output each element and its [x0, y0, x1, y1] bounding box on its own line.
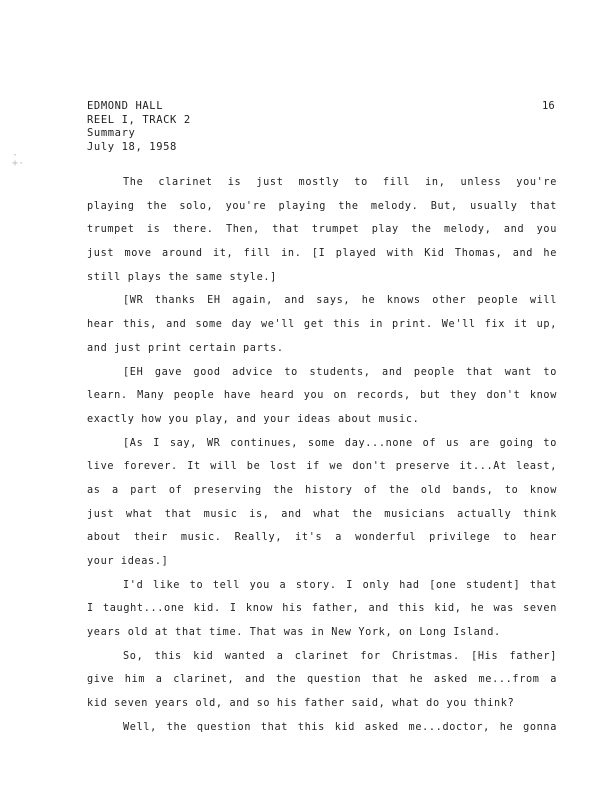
transcript-line: give him a clarinet, and the question th… [87, 673, 557, 697]
transcript-body: The clarinet is just mostly to fill in, … [87, 176, 557, 745]
header-interviewee: EDMOND HALL [87, 100, 191, 114]
transcript-line: and just print certain parts. [87, 342, 557, 366]
transcript-line: about their music. Really, it's a wonder… [87, 531, 557, 555]
transcript-line: [EH gave good advice to students, and pe… [87, 366, 557, 390]
document-page: ·+· EDMOND HALL REEL I, TRACK 2 Summary … [0, 0, 612, 792]
transcript-header: EDMOND HALL REEL I, TRACK 2 Summary July… [87, 100, 191, 154]
transcript-line: kid seven years old, and so his father s… [87, 697, 557, 721]
transcript-line: live forever. It will be lost if we don'… [87, 460, 557, 484]
transcript-line: [WR thanks EH again, and says, he knows … [87, 294, 557, 318]
transcript-line: playing the solo, you're playing the mel… [87, 200, 557, 224]
transcript-line: just what that music is, and what the mu… [87, 508, 557, 532]
header-date: July 18, 1958 [87, 141, 191, 155]
transcript-line: just move around it, fill in. [I played … [87, 247, 557, 271]
transcript-line: The clarinet is just mostly to fill in, … [87, 176, 557, 200]
transcript-line: Well, the question that this kid asked m… [87, 721, 557, 745]
transcript-line: exactly how you play, and your ideas abo… [87, 413, 557, 437]
transcript-line: learn. Many people have heard you on rec… [87, 389, 557, 413]
margin-speck-mark: ·+· [12, 152, 28, 168]
transcript-line: trumpet is there. Then, that trumpet pla… [87, 223, 557, 247]
transcript-line: years old at that time. That was in New … [87, 626, 557, 650]
transcript-line: as a part of preserving the history of t… [87, 484, 557, 508]
transcript-line: still plays the same style.] [87, 271, 557, 295]
transcript-line: I taught...one kid. I know his father, a… [87, 602, 557, 626]
header-doc-type: Summary [87, 127, 191, 141]
transcript-line: [As I say, WR continues, some day...none… [87, 437, 557, 461]
transcript-line: hear this, and some day we'll get this i… [87, 318, 557, 342]
transcript-line: So, this kid wanted a clarinet for Chris… [87, 650, 557, 674]
page-number: 16 [542, 100, 555, 112]
header-reel-track: REEL I, TRACK 2 [87, 114, 191, 128]
transcript-line: your ideas.] [87, 555, 557, 579]
transcript-line: I'd like to tell you a story. I only had… [87, 579, 557, 603]
